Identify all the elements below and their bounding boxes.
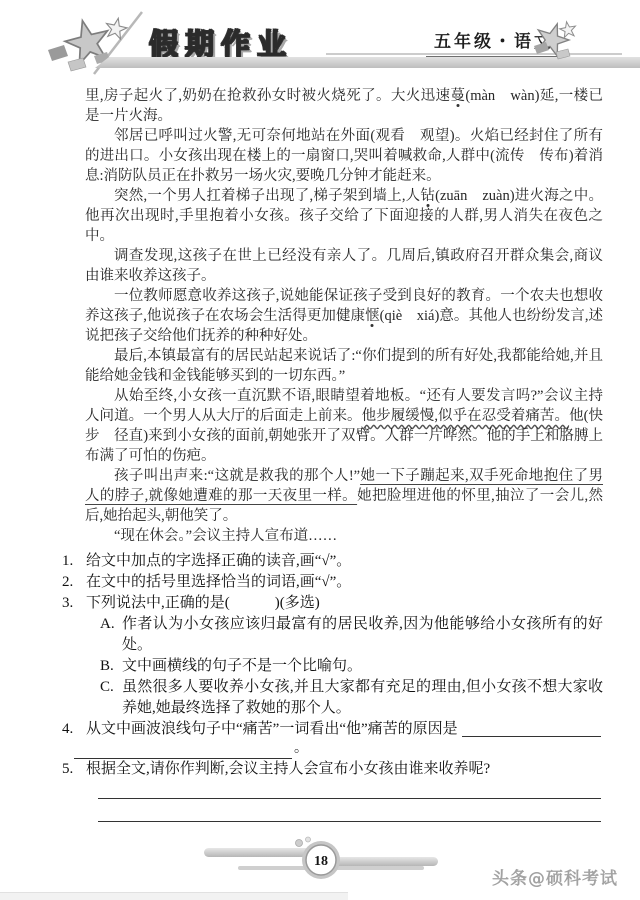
option-text: 文中画横线的句子不是一个比喻句。 xyxy=(122,658,362,674)
passage-paragraph: 突然,一个男人扛着梯子出现了,梯子架到墙上,人钻(zuān zuàn)进火海之中… xyxy=(62,186,603,246)
question-text: 给文中加点的字选择正确的读音,画“√”。 xyxy=(86,553,351,569)
passage-segment: 孩子叫出声来:“这就是救我的那个人!” xyxy=(114,468,360,484)
question-text: 从文中画波浪线句子中“痛苦”一词看出“他”痛苦的原因是 xyxy=(86,719,458,740)
questions-list: 1.给文中加点的字选择正确的读音,画“√”。2.在文中的括号里选择恰当的词语,画… xyxy=(62,551,603,822)
passage-segment-dot: 惬 xyxy=(365,308,380,324)
question-line: 1.给文中加点的字选择正确的读音,画“√”。 xyxy=(62,551,603,572)
option-label: B. xyxy=(100,656,114,677)
passage-segment: 邻居已呼叫过火警,无可奈何地站在外面(观看 观望)。火焰已经封住了所有的进出口。… xyxy=(85,128,603,184)
choice-option: C.虽然很多人要收养小女孩,并且大家都有充足的理由,但小女孩不想大家收养她,她最… xyxy=(62,677,603,719)
passage-segment-wavy: 他步履缓慢,似乎在忍受着痛苦。 xyxy=(362,408,569,424)
question: 2.在文中的括号里选择恰当的词语,画“√”。 xyxy=(62,572,603,593)
passage-paragraph: 一位教师愿意收养这孩子,说她能保证孩子受到良好的教育。一个农夫也想收养这孩子,他… xyxy=(62,286,603,346)
answer-line-row: 。 xyxy=(62,740,603,759)
workbook-page: 假期作业 五年级・语文 里,房子起火了,奶奶在抢救孙女时被火烧死了。大火迅速蔓(… xyxy=(0,0,640,900)
choice-option: B.文中画横线的句子不是一个比喻句。 xyxy=(62,656,603,677)
watermark-label: 头条@硕科考试 xyxy=(492,864,618,889)
question-number: 4. xyxy=(62,719,73,740)
passage-paragraph: 调查发现,这孩子在世上已经没有亲人了。几周后,镇政府召开群众集会,商议由谁来收养… xyxy=(62,246,603,286)
answer-line[interactable] xyxy=(74,742,292,759)
passage-segment: 里,房子起火了,奶奶在抢救孙女时被火烧死了。大火迅速 xyxy=(85,88,450,104)
passage-segment: 调查发现,这孩子在世上已经没有亲人了。几周后,镇政府召开群众集会,商议由谁来收养… xyxy=(85,248,603,284)
question-line: 5.根据全文,请你作判断,会议主持人会宣布小女孩由谁来收养呢? xyxy=(62,759,603,780)
page-title: 假期作业 xyxy=(149,22,293,63)
question-text: 在文中的括号里选择恰当的词语,画“√”。 xyxy=(86,574,351,590)
passage-segment-dot: 钻 xyxy=(420,188,435,204)
question-line: 3.下列说法中,正确的是( )(多选) xyxy=(62,593,603,614)
question-line: 2.在文中的括号里选择恰当的词语,画“√”。 xyxy=(62,572,603,593)
option-label: A. xyxy=(100,614,115,635)
question-line: 4.从文中画波浪线句子中“痛苦”一词看出“他”痛苦的原因是 xyxy=(62,719,603,740)
passage-paragraph: 最后,本镇最富有的居民站起来说话了:“你们提到的所有好处,我都能给她,并且能给她… xyxy=(62,346,603,386)
page-edge xyxy=(0,892,348,900)
option-text: 作者认为小女孩应该归最富有的居民收养,因为他能够给小女孩所有的好处。 xyxy=(122,616,603,653)
option-text: 虽然很多人要收养小女孩,并且大家都有充足的理由,但小女孩不想大家收养她,她最终选… xyxy=(122,679,603,716)
page-number: 18 xyxy=(314,854,328,869)
question-text: 下列说法中,正确的是( )(多选) xyxy=(86,595,320,611)
option-label: C. xyxy=(100,677,114,698)
passage-paragraph: 孩子叫出声来:“这就是救我的那个人!”她一下子蹦起来,双手死命地抱住了男人的脖子… xyxy=(62,466,603,526)
passage-paragraph: 里,房子起火了,奶奶在抢救孙女时被火烧死了。大火迅速蔓(màn wàn)延,一楼… xyxy=(62,86,603,126)
passage-segment-dot: 蔓 xyxy=(450,88,465,104)
answer-line[interactable] xyxy=(98,803,601,822)
stars-decoration-right-icon xyxy=(526,18,582,66)
question-number: 2. xyxy=(62,572,73,593)
passage-segment: 突然,一个男人扛着梯子出现了,梯子架到墙上,人 xyxy=(114,188,420,204)
question-number: 3. xyxy=(62,593,73,614)
question: 3.下列说法中,正确的是( )(多选)A.作者认为小女孩应该归最富有的居民收养,… xyxy=(62,593,603,719)
question-number: 5. xyxy=(62,759,73,780)
question: 5.根据全文,请你作判断,会议主持人会宣布小女孩由谁来收养呢? xyxy=(62,759,603,822)
passage-paragraph: “现在休会。”会议主持人宣布道…… xyxy=(62,526,603,546)
answer-blank[interactable] xyxy=(462,736,601,737)
reading-exercise: 里,房子起火了,奶奶在抢救孙女时被火烧死了。大火迅速蔓(màn wàn)延,一楼… xyxy=(62,86,603,822)
passage-segment: “现在休会。”会议主持人宣布道…… xyxy=(114,528,337,544)
question-text: 根据全文,请你作判断,会议主持人会宣布小女孩由谁来收养呢? xyxy=(86,761,490,777)
question: 4.从文中画波浪线句子中“痛苦”一词看出“他”痛苦的原因是。 xyxy=(62,719,603,759)
question-number: 1. xyxy=(62,551,73,572)
passage-paragraph: 从始至终,小女孩一直沉默不语,眼睛望着地板。“还有人要发言吗?”会议主持人问道。… xyxy=(62,386,603,466)
passage-paragraphs: 里,房子起火了,奶奶在抢救孙女时被火烧死了。大火迅速蔓(màn wàn)延,一楼… xyxy=(62,86,603,546)
choice-option: A.作者认为小女孩应该归最富有的居民收养,因为他能够给小女孩所有的好处。 xyxy=(62,614,603,656)
passage-paragraph: 邻居已呼叫过火警,无可奈何地站在外面(观看 观望)。火焰已经封住了所有的进出口。… xyxy=(62,126,603,186)
blank-suffix: 。 xyxy=(294,738,308,759)
passage-segment: 最后,本镇最富有的居民站起来说话了:“你们提到的所有好处,我都能给她,并且能给她… xyxy=(85,348,603,384)
answer-line[interactable] xyxy=(98,780,601,799)
question: 1.给文中加点的字选择正确的读音,画“√”。 xyxy=(62,551,603,572)
